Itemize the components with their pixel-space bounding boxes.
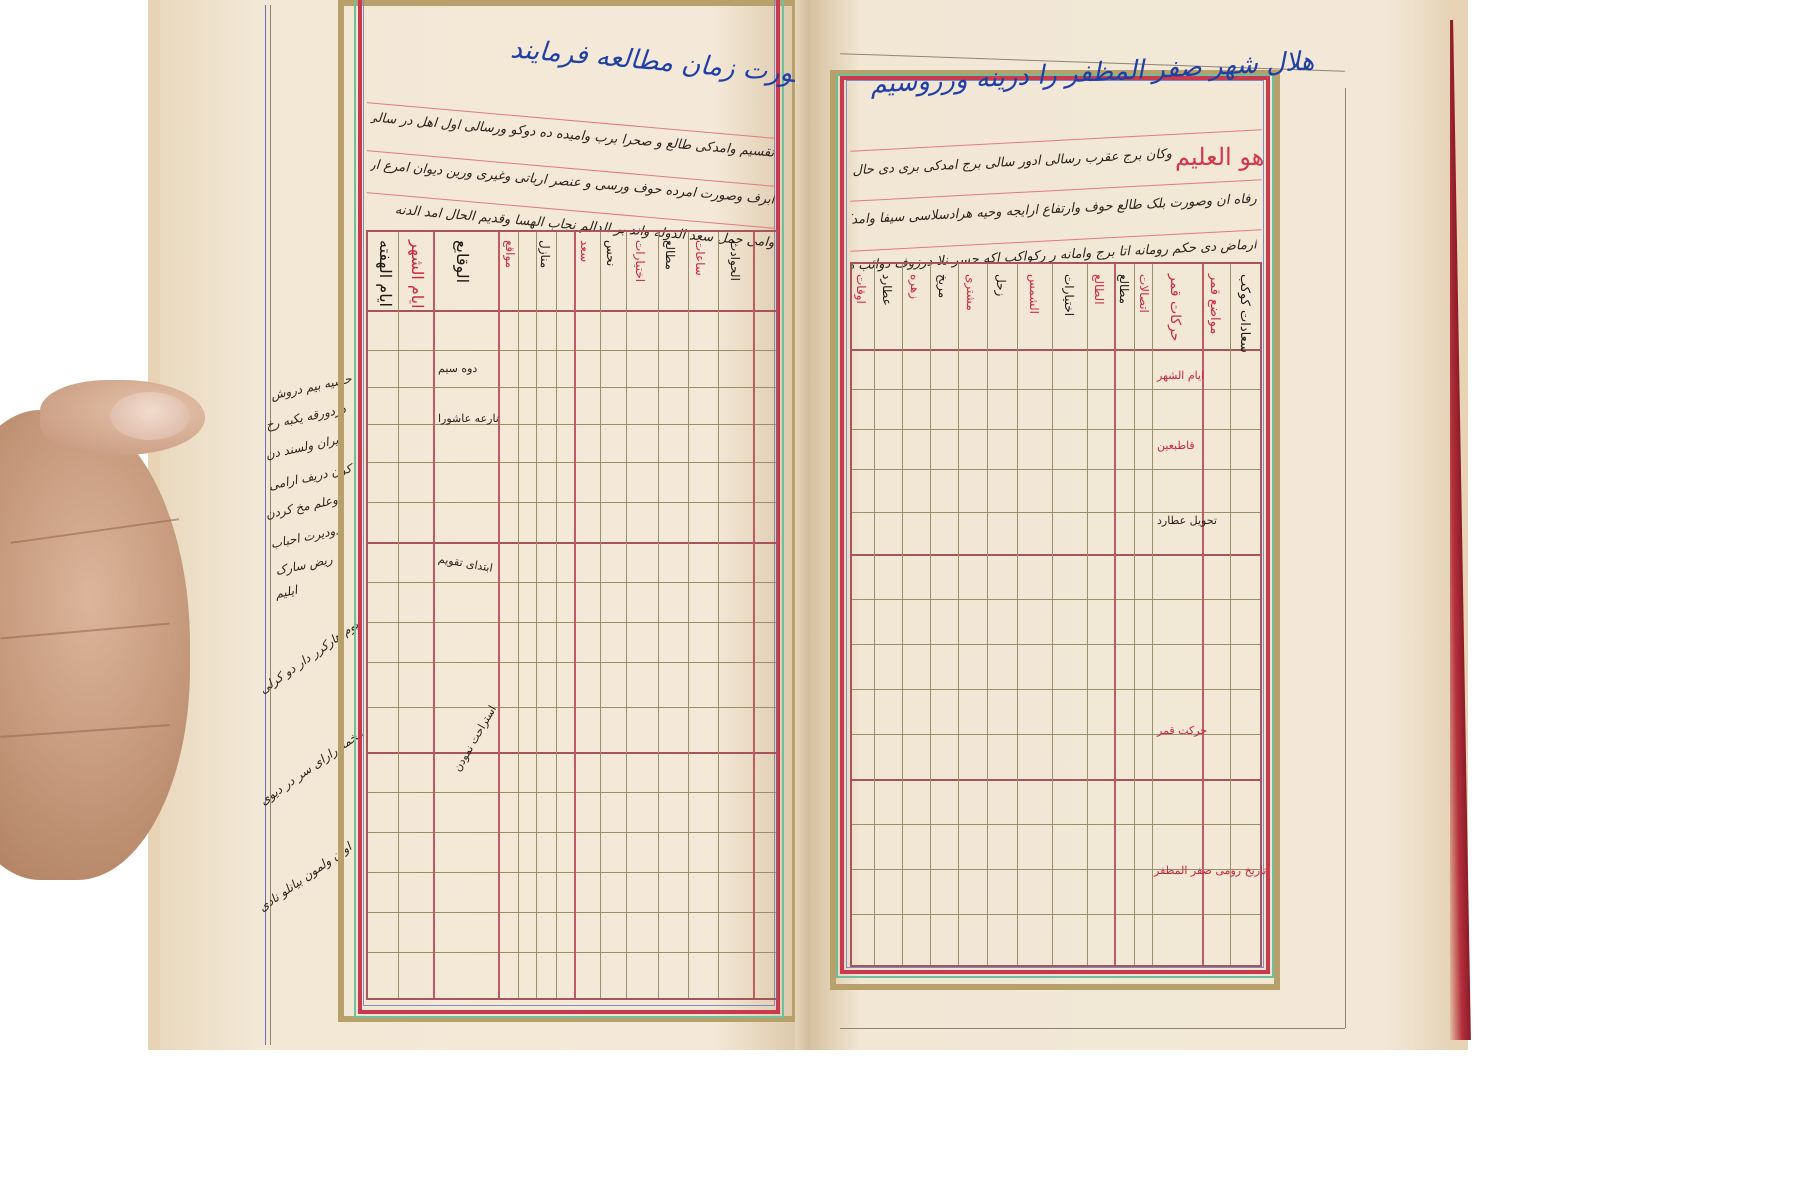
grid-line [368, 424, 776, 425]
grid-line [368, 662, 776, 663]
column-rule [718, 232, 719, 998]
grid-line [852, 824, 1260, 825]
column-rule [902, 264, 903, 965]
right-page: هلال شهر صفر المظفر را درینه ورروسیم هو … [810, 0, 1450, 1050]
thumbnail [110, 392, 190, 440]
column-rule [556, 232, 557, 998]
week-divider [368, 542, 776, 544]
column-header: مطالع [1117, 274, 1131, 304]
column-rule [987, 264, 988, 965]
grid-line [368, 462, 776, 463]
week-divider [852, 779, 1260, 781]
grid-line [368, 622, 776, 623]
right-almanac-table: اوقات عطارد زهره مریخ مشتری زحل الشمس اخ… [850, 262, 1262, 967]
grid-line [852, 389, 1260, 390]
column-rule [1017, 264, 1018, 965]
column-rule [600, 232, 601, 998]
grid-line [852, 689, 1260, 690]
header-divider [368, 310, 776, 312]
column-header: الحوادث [728, 240, 742, 281]
column-header: مشتری [964, 274, 978, 311]
palm [0, 410, 190, 880]
column-rule [688, 232, 689, 998]
column-rule [1052, 264, 1053, 965]
grid-line [368, 387, 776, 388]
column-rule [753, 232, 755, 998]
hand [0, 380, 210, 900]
left-almanac-table: ایام الهفته ایام الشهر الوقایع مواقع منا… [366, 230, 778, 1000]
column-rule [930, 264, 931, 965]
side-note: قاطبعین [1157, 439, 1195, 452]
manuscript-photo: حسیه بیم دروش دردورقه یکبه رخ ایران ولسن… [0, 0, 1556, 1050]
margin-note-line: وعلم مخ کردن [264, 493, 339, 522]
header-divider [852, 349, 1260, 351]
column-header: ایام الهفته [376, 240, 395, 307]
column-rule [398, 232, 399, 998]
grid-line [368, 872, 776, 873]
column-rule [1114, 264, 1116, 965]
column-header: اوقات [854, 274, 868, 304]
column-header: الوقایع [453, 240, 472, 283]
column-header: الشمس [1027, 274, 1041, 314]
grid-line [368, 707, 776, 708]
side-note: ایام الشهر [1157, 369, 1204, 382]
side-note: نارعه عاشورا [438, 412, 499, 425]
side-note: استراحت نمودن [451, 703, 499, 774]
grid-line [852, 644, 1260, 645]
right-margin-rule [1345, 88, 1346, 1028]
column-rule [1152, 264, 1153, 965]
margin-note-line: ریض سارک [274, 552, 334, 578]
side-note: دوه سیم [438, 362, 477, 375]
column-header: زحل [994, 274, 1008, 296]
column-header: مواضع قمر [1207, 274, 1222, 334]
column-header: نحس [604, 240, 618, 266]
week-divider [368, 752, 776, 754]
column-header: مریخ [936, 274, 950, 298]
column-header: مطالع [663, 240, 677, 270]
column-rule [958, 264, 959, 965]
column-rule [518, 232, 519, 998]
grid-line [852, 429, 1260, 430]
grid-line [368, 350, 776, 351]
left-margin-rule [270, 5, 271, 1045]
left-page: حسیه بیم دروش دردورقه یکبه رخ ایران ولسن… [160, 0, 810, 1050]
side-note: تحویل عطارد [1157, 514, 1217, 527]
column-header: مواقع [503, 240, 517, 268]
column-header: ساعات [693, 240, 707, 276]
column-header: الطالع [1092, 274, 1106, 305]
grid-line [368, 582, 776, 583]
grid-line [368, 832, 776, 833]
column-rule [498, 232, 500, 998]
margin-note-line: دردورقه یکبه رخ [264, 402, 347, 433]
margin-note-line: دودیرت احباب [269, 523, 341, 551]
rubric-title: هو العليم [1175, 143, 1264, 171]
grid-line [368, 502, 776, 503]
grid-line [368, 912, 776, 913]
grid-line [368, 952, 776, 953]
margin-note-line: ایران ولسند دن [264, 432, 343, 462]
column-rule [626, 232, 627, 998]
column-rule [574, 232, 576, 998]
column-header: ایام الشهر [408, 240, 427, 309]
grid-line [368, 792, 776, 793]
column-rule [1230, 264, 1231, 965]
margin-note-line: ایلیم [274, 583, 299, 601]
column-rule [433, 232, 435, 998]
grid-line [852, 914, 1260, 915]
column-header: سعادات کوکب [1237, 274, 1252, 353]
side-note: تاریخ رومی صفر المظفر [1154, 864, 1266, 877]
side-note: ابتدای تقویم [437, 552, 493, 574]
grid-line [852, 512, 1260, 513]
grid-line [852, 599, 1260, 600]
column-rule [874, 264, 875, 965]
column-rule [1087, 264, 1088, 965]
column-header: حرکات قمر [1167, 274, 1183, 341]
column-header: اتصالات [1137, 274, 1151, 313]
column-rule [536, 232, 537, 998]
column-header: اختیارات [1062, 274, 1076, 316]
week-divider [852, 554, 1260, 556]
column-header: منازل [538, 240, 552, 268]
side-note: حرکت قمر [1157, 724, 1207, 737]
grid-line [852, 469, 1260, 470]
left-margin-rule-blue [265, 5, 266, 1045]
column-header: اختیارات [633, 240, 647, 282]
bottom-margin-rule [840, 1028, 1345, 1029]
column-header: زهره [908, 274, 922, 299]
column-header: سعد [578, 240, 592, 262]
column-rule [658, 232, 659, 998]
column-header: عطارد [880, 274, 894, 306]
column-rule [1134, 264, 1135, 965]
